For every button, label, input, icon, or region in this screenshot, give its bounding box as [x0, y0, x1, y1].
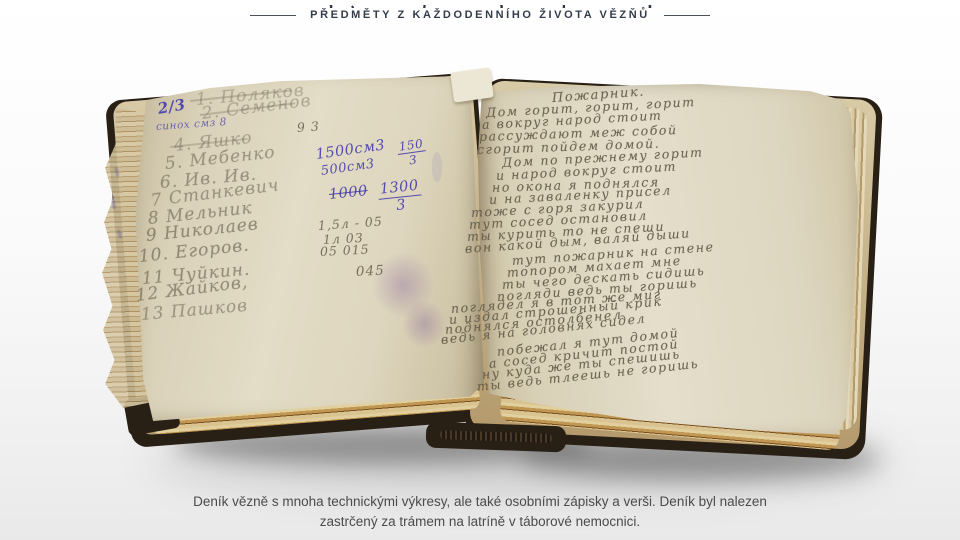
amount-old: 1000 [328, 183, 368, 203]
photo-caption: Deník vězně s mnoha technickými výkresy,… [0, 492, 960, 532]
pencil-mark: 045 [356, 265, 385, 280]
spine-corner-fold [450, 67, 494, 102]
pencil-mark: 9 3 [297, 120, 321, 134]
page: PŘEDMĚTY Z KAŽDODENNÍHO ŽIVOTA VĚZŇŮ [0, 0, 960, 540]
amount-denominator: 3 [395, 197, 406, 213]
diary-photo: 1. Поляков 2. Семенов 4. Яшко 5. Мебенко… [0, 0, 960, 540]
spine-ink-smudge [432, 152, 442, 182]
fraction-denominator: 3 [408, 152, 418, 166]
pencil-mark: 05 015 [320, 243, 370, 258]
ink-fraction-1: 1503 [396, 137, 428, 168]
ink-blot [402, 300, 446, 348]
caption-line-1: Deník vězně s mnoha technickými výkresy,… [0, 492, 960, 512]
caption-line-2: zastrčený za trámem na latríně v táborov… [0, 512, 960, 532]
